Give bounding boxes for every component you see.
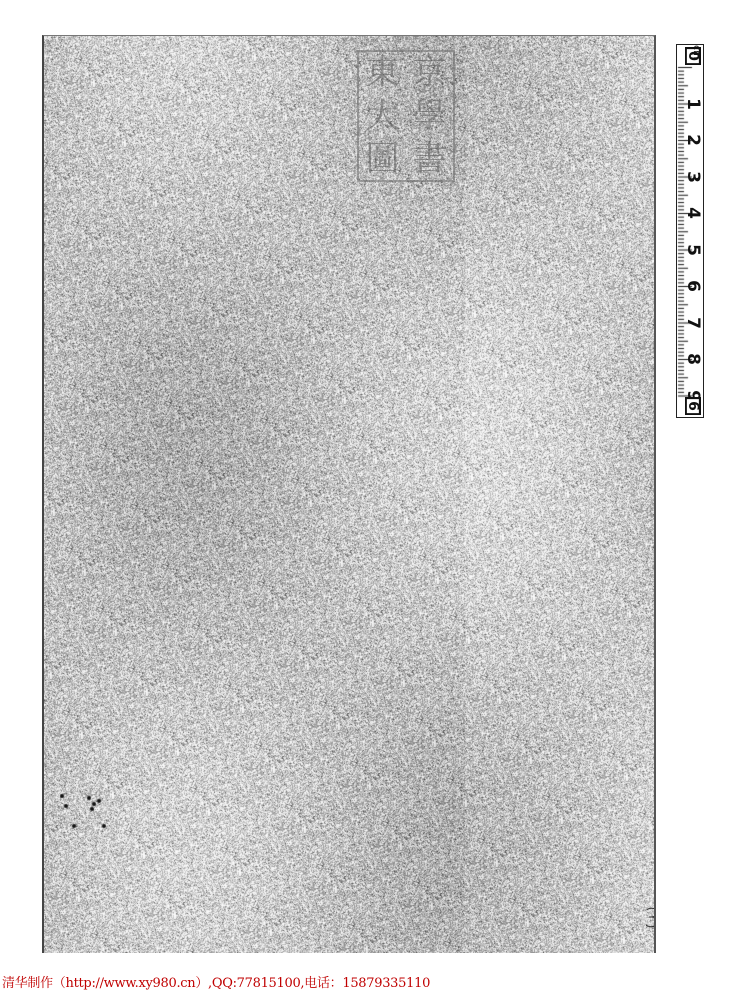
scale-ruler: 0 cm 123456789 6 bbox=[676, 44, 704, 418]
ruler-label: 7 bbox=[683, 314, 703, 332]
ruler-label: 4 bbox=[683, 204, 703, 222]
seal-char: 京 bbox=[406, 52, 453, 95]
ruler-label: 6 bbox=[683, 277, 703, 295]
page-number: 3 bbox=[644, 904, 656, 934]
ruler-label: 1 bbox=[683, 95, 703, 113]
seal-char: 大 bbox=[359, 95, 406, 138]
ruler-end-marker: 6 bbox=[685, 397, 701, 415]
seal-char: 書 bbox=[406, 137, 453, 180]
ruler-label: 5 bbox=[683, 241, 703, 259]
seal-char: 圖 bbox=[359, 137, 406, 180]
library-seal-stamp: 東 京 大 學 圖 書 bbox=[357, 50, 455, 182]
seal-char: 東 bbox=[359, 52, 406, 95]
paper-texture bbox=[44, 36, 654, 953]
watermark-footer: 清华制作（http://www.xy980.cn）,QQ:77815100,电话… bbox=[2, 972, 430, 990]
seal-char: 學 bbox=[406, 95, 453, 138]
ruler-label: 3 bbox=[683, 168, 703, 186]
ruler-unit-label: cm bbox=[691, 45, 701, 59]
ruler-label: 2 bbox=[683, 131, 703, 149]
scanned-page: 東 京 大 學 圖 書 3 bbox=[42, 35, 656, 953]
ruler-label: 8 bbox=[683, 350, 703, 368]
